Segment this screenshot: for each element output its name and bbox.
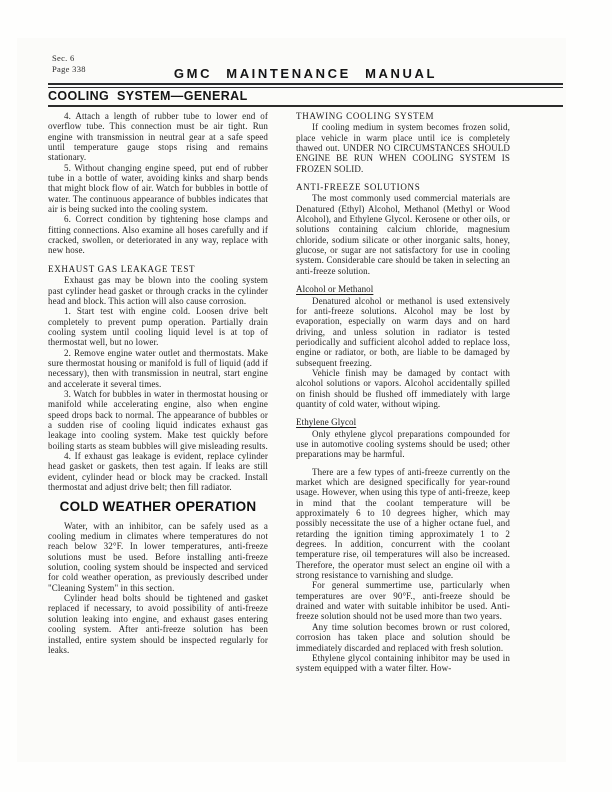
body-paragraph: Denatured alcohol or methanol is used ex… — [296, 296, 510, 368]
body-paragraph: 5. Without changing engine speed, put en… — [48, 163, 268, 215]
ethylene-glycol-heading: Ethylene Glycol — [296, 417, 510, 427]
alcohol-or-methanol-heading: Alcohol or Methanol — [296, 284, 510, 294]
body-paragraph: Only ethylene glycol preparations compou… — [296, 429, 510, 460]
body-paragraph: Cylinder head bolts should be tightened … — [48, 593, 268, 655]
body-paragraph: 4. Attach a length of rubber tube to low… — [48, 111, 268, 163]
body-paragraph: For general summertime use, particularly… — [296, 580, 510, 621]
body-paragraph: 3. Watch for bubbles in water in thermos… — [48, 389, 268, 451]
body-paragraph: If cooling medium in system becomes froz… — [296, 122, 510, 174]
body-paragraph: 6. Correct condition by tightening hose … — [48, 214, 268, 255]
body-paragraph: 2. Remove engine water outlet and thermo… — [48, 348, 268, 389]
header-double-rule — [48, 83, 563, 88]
right-column: THAWING COOLING SYSTEM If cooling medium… — [296, 111, 510, 674]
anti-freeze-solutions-heading: ANTI-FREEZE SOLUTIONS — [296, 182, 510, 192]
body-paragraph: Ethylene glycol containing inhibitor may… — [296, 653, 510, 674]
scanned-manual-page: { "header": { "section_label": "Sec. 6",… — [0, 0, 612, 792]
thawing-cooling-system-heading: THAWING COOLING SYSTEM — [296, 111, 510, 121]
body-paragraph: There are a few types of anti-freeze cur… — [296, 467, 510, 581]
body-paragraph: Exhaust gas may be blown into the coolin… — [48, 275, 268, 306]
body-paragraph: 4. If exhaust gas leakage is evident, re… — [48, 451, 268, 492]
body-paragraph: 1. Start test with engine cold. Loosen d… — [48, 306, 268, 347]
exhaust-gas-leakage-test-heading: EXHAUST GAS LEAKAGE TEST — [48, 264, 268, 274]
cold-weather-operation-heading: COLD WEATHER OPERATION — [48, 502, 268, 512]
body-paragraph: Vehicle finish may be damaged by contact… — [296, 368, 510, 409]
body-paragraph: Any time solution becomes brown or rust … — [296, 622, 510, 653]
page-section-title: COOLING SYSTEM—GENERAL — [48, 89, 248, 103]
manual-title: GMC MAINTENANCE MANUAL — [48, 66, 563, 81]
header-section-label: Sec. 6 — [52, 53, 75, 63]
left-column: 4. Attach a length of rubber tube to low… — [48, 111, 268, 655]
body-paragraph: The most commonly used commercial materi… — [296, 193, 510, 276]
body-paragraph: Water, with an inhibitor, can be safely … — [48, 521, 268, 593]
section-title-rule — [48, 105, 563, 107]
